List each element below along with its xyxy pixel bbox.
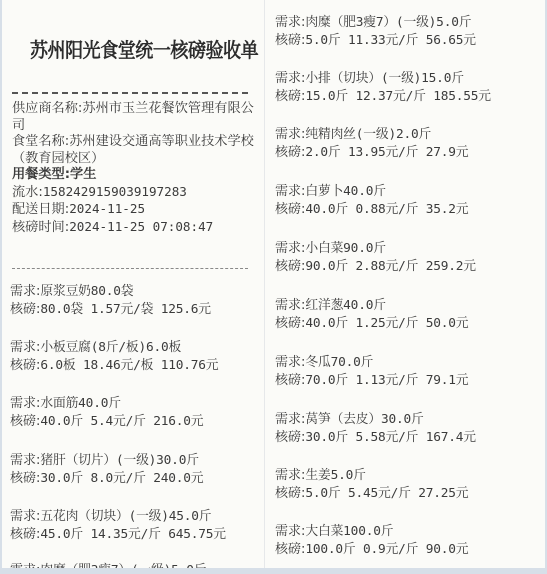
delivery-date-label: 配送日期: <box>12 202 69 217</box>
demand-label: 需求: <box>275 15 305 30</box>
demand-value: 猪肝（切片）(一级)30.0斤 <box>40 453 198 468</box>
line-item: 需求:冬瓜70.0斤 核磅:70.0斤 1.13元/斤 79.1元 <box>275 354 468 390</box>
demand-label: 需求: <box>275 412 305 427</box>
demand-value: 水面筋40.0斤 <box>40 396 120 411</box>
demand-label: 需求: <box>10 509 40 524</box>
demand-value: 生姜5.0斤 <box>305 468 365 483</box>
line-item: 需求:生姜5.0斤 核磅:5.0斤 5.45元/斤 27.25元 <box>275 467 468 503</box>
demand-label: 需求: <box>275 355 305 370</box>
weigh-value: 15.0斤 12.37元/斤 185.55元 <box>305 89 490 104</box>
weigh-label: 核磅: <box>10 471 40 486</box>
receipt-right-column: 需求:肉糜（肥3瘦7）(一级)5.0斤 核磅:5.0斤 11.33元/斤 56.… <box>268 0 545 568</box>
weigh-label: 核磅: <box>10 414 40 429</box>
demand-value: 原浆豆奶80.0袋 <box>40 284 133 299</box>
weigh-value: 5.0斤 11.33元/斤 56.65元 <box>305 33 475 48</box>
line-item: 需求:猪肝（切片）(一级)30.0斤 核磅:30.0斤 8.0元/斤 240.0… <box>10 452 203 488</box>
weigh-label: 核磅: <box>10 302 40 317</box>
demand-value: 肉糜（肥3瘦7）(一级)5.0斤 <box>40 563 206 568</box>
weigh-label: 核磅: <box>10 358 40 373</box>
weigh-label: 核磅: <box>275 33 305 48</box>
receipt-left-column: 苏州阳光食堂统一核磅验收单 供应商名称:苏州市玉兰花餐饮管理有限公司 食堂名称:… <box>2 0 265 568</box>
demand-value: 白萝卜40.0斤 <box>305 184 385 199</box>
delivery-date-value: 2024-11-25 <box>69 201 145 216</box>
weigh-time-line: 核磅时间:2024-11-25 07:08:47 <box>12 219 260 237</box>
weigh-label: 核磅: <box>275 89 305 104</box>
canteen-line: 食堂名称:苏州建设交通高等职业技术学校（教育园校区） <box>12 134 260 167</box>
line-item: 需求:莴笋（去皮）30.0斤 核磅:30.0斤 5.58元/斤 167.4元 <box>275 411 476 447</box>
line-item: 需求:小白菜90.0斤 核磅:90.0斤 2.88元/斤 259.2元 <box>275 240 476 276</box>
demand-value: 冬瓜70.0斤 <box>305 355 373 370</box>
line-item: 需求:小板豆腐(8斤/板)6.0板 核磅:6.0板 18.46元/板 110.7… <box>10 339 218 375</box>
demand-label: 需求: <box>10 396 40 411</box>
demand-value: 肉糜（肥3瘦7）(一级)5.0斤 <box>305 15 471 30</box>
demand-value: 小白菜90.0斤 <box>305 241 385 256</box>
supplier-label: 供应商名称: <box>12 101 82 116</box>
serial-line: 流水:1582429159039197283 <box>12 184 260 202</box>
meal-type-label: 用餐类型: <box>12 167 70 182</box>
receipt-title: 苏州阳光食堂统一核磅验收单 <box>30 34 258 63</box>
line-item: 需求:大白菜100.0斤 核磅:100.0斤 0.9元/斤 90.0元 <box>275 523 468 559</box>
weigh-value: 2.0斤 13.95元/斤 27.9元 <box>305 145 468 160</box>
serial-value: 1582429159039197283 <box>43 184 187 199</box>
demand-value: 纯精肉丝(一级)2.0斤 <box>305 127 431 142</box>
divider-middle <box>12 268 248 269</box>
delivery-date-line: 配送日期:2024-11-25 <box>12 201 260 219</box>
receipt-scan: 苏州阳光食堂统一核磅验收单 供应商名称:苏州市玉兰花餐饮管理有限公司 食堂名称:… <box>2 0 545 568</box>
demand-value: 红洋葱40.0斤 <box>305 298 385 313</box>
weigh-value: 5.0斤 5.45元/斤 27.25元 <box>305 486 468 501</box>
weigh-label: 核磅: <box>275 145 305 160</box>
weigh-value: 6.0板 18.46元/板 110.76元 <box>40 358 218 373</box>
weigh-time-label: 核磅时间: <box>12 220 69 235</box>
line-item: 需求:原浆豆奶80.0袋 核磅:80.0袋 1.57元/袋 125.6元 <box>10 283 211 319</box>
divider-top <box>12 92 248 94</box>
demand-label: 需求: <box>275 524 305 539</box>
weigh-value: 90.0斤 2.88元/斤 259.2元 <box>305 259 475 274</box>
demand-label: 需求: <box>275 71 305 86</box>
weigh-label: 核磅: <box>275 316 305 331</box>
weigh-label: 核磅: <box>275 373 305 388</box>
weigh-value: 40.0斤 1.25元/斤 50.0元 <box>305 316 468 331</box>
demand-label: 需求: <box>275 241 305 256</box>
demand-value: 小排（切块）(一级)15.0斤 <box>305 71 463 86</box>
demand-value: 五花肉（切块）(一级)45.0斤 <box>40 509 211 524</box>
weigh-time-value: 2024-11-25 07:08:47 <box>69 219 213 234</box>
demand-label: 需求: <box>275 468 305 483</box>
demand-label: 需求: <box>10 284 40 299</box>
demand-label: 需求: <box>275 298 305 313</box>
demand-value: 莴笋（去皮）30.0斤 <box>305 412 423 427</box>
line-item: 需求:红洋葱40.0斤 核磅:40.0斤 1.25元/斤 50.0元 <box>275 297 468 333</box>
line-item: 需求:水面筋40.0斤 核磅:40.0斤 5.4元/斤 216.0元 <box>10 395 203 431</box>
weigh-value: 45.0斤 14.35元/斤 645.75元 <box>40 527 225 542</box>
weigh-value: 70.0斤 1.13元/斤 79.1元 <box>305 373 468 388</box>
weigh-value: 40.0斤 5.4元/斤 216.0元 <box>40 414 203 429</box>
demand-label: 需求: <box>10 340 40 355</box>
weigh-label: 核磅: <box>275 542 305 557</box>
line-item: 需求:纯精肉丝(一级)2.0斤 核磅:2.0斤 13.95元/斤 27.9元 <box>275 126 468 162</box>
demand-label: 需求: <box>275 127 305 142</box>
weigh-value: 80.0袋 1.57元/袋 125.6元 <box>40 302 210 317</box>
demand-label: 需求: <box>10 563 40 568</box>
serial-label: 流水: <box>12 185 43 200</box>
weigh-label: 核磅: <box>275 259 305 274</box>
receipt-info: 供应商名称:苏州市玉兰花餐饮管理有限公司 食堂名称:苏州建设交通高等职业技术学校… <box>12 101 260 236</box>
weigh-label: 核磅: <box>10 527 40 542</box>
weigh-value: 100.0斤 0.9元/斤 90.0元 <box>305 542 468 557</box>
line-item: 需求:小排（切块）(一级)15.0斤 核磅:15.0斤 12.37元/斤 185… <box>275 70 491 106</box>
line-item: 需求:白萝卜40.0斤 核磅:40.0斤 0.88元/斤 35.2元 <box>275 183 468 219</box>
demand-value: 大白菜100.0斤 <box>305 524 393 539</box>
demand-label: 需求: <box>275 184 305 199</box>
supplier-line: 供应商名称:苏州市玉兰花餐饮管理有限公司 <box>12 101 260 134</box>
meal-type-value: 学生 <box>70 167 96 182</box>
line-item: 需求:肉糜（肥3瘦7）(一级)5.0斤 核磅:5.0斤 11.33元/斤 56.… <box>275 14 476 50</box>
meal-type-line: 用餐类型:学生 <box>12 167 260 184</box>
weigh-label: 核磅: <box>275 430 305 445</box>
line-item-cut-off: 需求:肉糜（肥3瘦7）(一级)5.0斤 <box>10 562 206 568</box>
line-item: 需求:五花肉（切块）(一级)45.0斤 核磅:45.0斤 14.35元/斤 64… <box>10 508 226 544</box>
weigh-label: 核磅: <box>275 486 305 501</box>
weigh-value: 30.0斤 8.0元/斤 240.0元 <box>40 471 203 486</box>
demand-label: 需求: <box>10 453 40 468</box>
weigh-value: 30.0斤 5.58元/斤 167.4元 <box>305 430 475 445</box>
weigh-value: 40.0斤 0.88元/斤 35.2元 <box>305 202 468 217</box>
canteen-label: 食堂名称: <box>12 134 69 149</box>
demand-value: 小板豆腐(8斤/板)6.0板 <box>40 340 181 355</box>
weigh-label: 核磅: <box>275 202 305 217</box>
